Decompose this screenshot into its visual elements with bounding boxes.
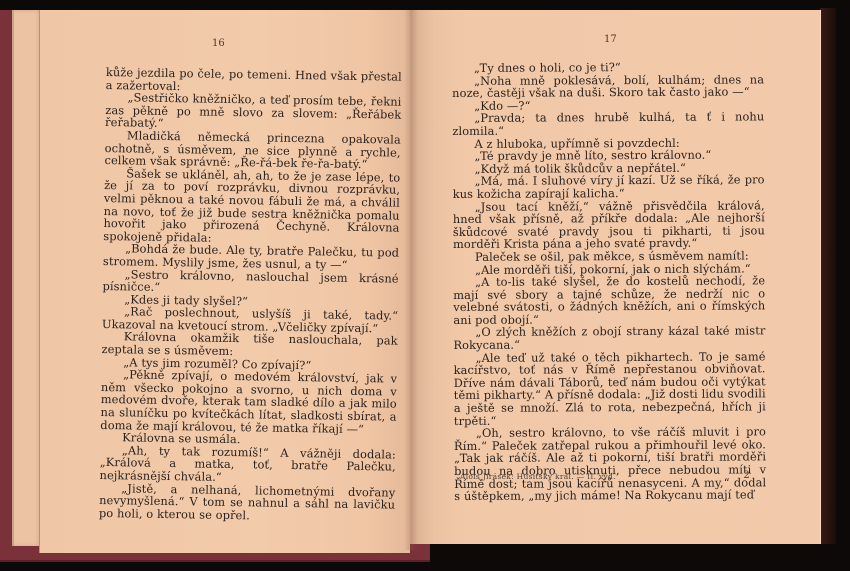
left-page: 16 kůže jezdila po čele, po temeni. Hned… xyxy=(40,10,410,553)
paragraph: „Oh, sestro královno, to vše ráčíš mluvi… xyxy=(454,426,766,503)
right-page: 17 „Ty dnes o holi, co je ti?“„Noha mně … xyxy=(410,10,821,544)
paragraph: „Pěkně zpívají, o medovém království, ja… xyxy=(100,368,397,436)
paragraph: „Noha mně poklesává, bolí, kulhám; dnes … xyxy=(452,73,764,100)
book-cover-right xyxy=(820,8,836,544)
paragraph: Mladičká německá princezna opakovala och… xyxy=(104,129,401,171)
paragraph: „Má, má. I sluhové víry jí kazí. Už se ř… xyxy=(453,174,765,201)
paragraph: „Jistě, a nelhaná, lichometnými dvořany … xyxy=(99,482,396,524)
paragraph: „Sestřičko kněžničko, a teď prosím tebe,… xyxy=(105,91,402,133)
paragraph: „O zlých kněžích z obojí strany kázal ta… xyxy=(453,325,765,352)
footer-signature-mark: 2 xyxy=(743,470,750,481)
paragraph: „Jsou tací kněží,“ vážně přisvědčila krá… xyxy=(453,199,765,251)
left-page-body: kůže jezdila po čele, po temeni. Hned vš… xyxy=(99,66,402,524)
paragraph: „A to-lis také slyšel, že do kostelů nec… xyxy=(453,274,765,326)
paragraph: Šašek se ukláněl, ah, ah, to že je zase … xyxy=(103,167,400,247)
page-footer: Alois Jirásek: Husitský král. — II. vyd.… xyxy=(460,472,750,481)
right-page-number: 17 xyxy=(604,34,617,45)
open-book-scene: 16 kůže jezdila po čele, po temeni. Hned… xyxy=(0,0,850,571)
left-page-number: 16 xyxy=(212,38,225,49)
footer-imprint: Alois Jirásek: Husitský král. — II. vyd. xyxy=(460,472,616,481)
page-stack-edge xyxy=(12,10,43,546)
right-page-body: „Ty dnes o holi, co je ti?“„Noha mně pok… xyxy=(452,60,766,502)
paragraph: „Pravda; ta dnes hrubě kulhá, ta ť i noh… xyxy=(452,111,764,138)
paragraph: „Ale teď už také o těch pikhartech. To j… xyxy=(454,350,766,427)
paragraph: „Ah, ty tak rozumíš!“ A vážněji dodala: … xyxy=(99,444,396,486)
